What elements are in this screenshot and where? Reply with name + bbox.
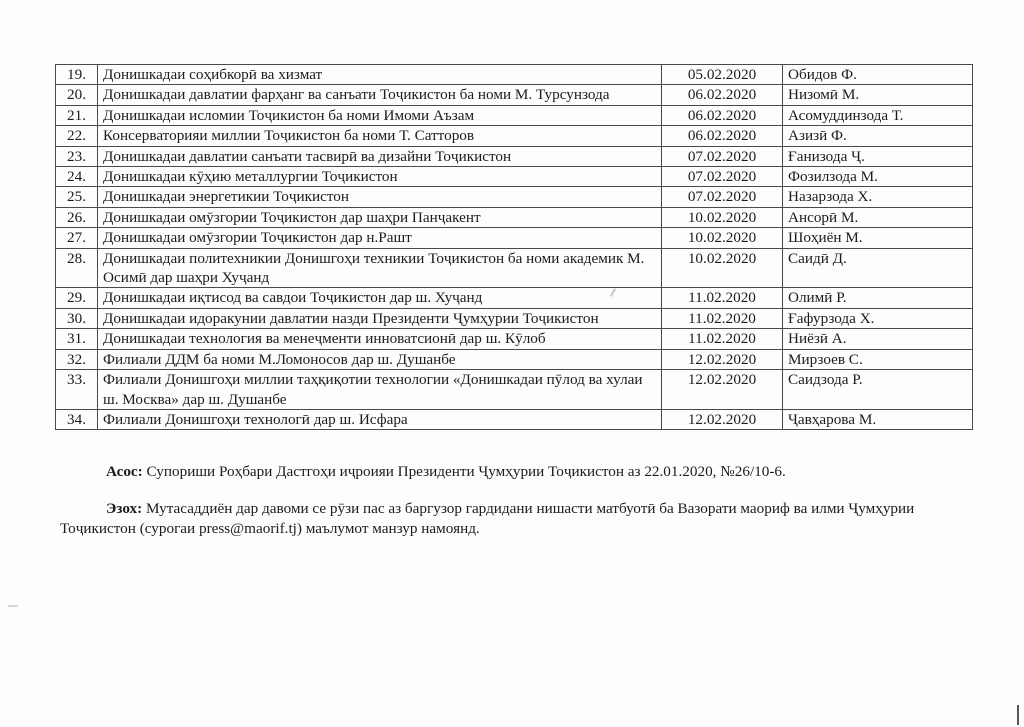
institution-name: Донишкадаи кӯҳию металлургии Тоҷикистон (98, 167, 662, 187)
institution-name: Филиали Донишгоҳи миллии таҳқиқотии техн… (98, 370, 662, 410)
row-number: 24. (56, 167, 98, 187)
responsible-person: Фозилзода М. (783, 167, 973, 187)
institution-name: Консерваторияи миллии Тоҷикистон ба номи… (98, 126, 662, 146)
row-number: 31. (56, 329, 98, 349)
remark-note: Эзох: Мутасаддиён дар давоми се рӯзи пас… (60, 499, 970, 539)
meeting-date: 07.02.2020 (662, 187, 783, 207)
institution-name: Донишкадаи политехникии Донишгоҳи техник… (98, 248, 662, 288)
basis-label: Асос: (106, 463, 143, 480)
institution-name: Филиали Донишгоҳи технологӣ дар ш. Исфар… (98, 409, 662, 429)
row-number: 28. (56, 248, 98, 288)
row-number: 33. (56, 370, 98, 410)
responsible-person: Ниёзӣ А. (783, 329, 973, 349)
row-number: 30. (56, 308, 98, 328)
institution-name: Донишкадаи иқтисод ва савдои Тоҷикистон … (98, 288, 662, 308)
meeting-date: 10.02.2020 (662, 248, 783, 288)
responsible-person: Ансорӣ М. (783, 207, 973, 227)
institution-name: Донишкадаи идоракунии давлатии назди Пре… (98, 308, 662, 328)
institution-name: Филиали ДДМ ба номи М.Ломоносов дар ш. Д… (98, 349, 662, 369)
schedule-table: 19.Донишкадаи соҳибкорӣ ва хизмат05.02.2… (55, 64, 973, 430)
meeting-date: 07.02.2020 (662, 146, 783, 166)
responsible-person: Саидзода Р. (783, 370, 973, 410)
basis-text: Супориши Роҳбари Дастгоҳи иҷроияи Презид… (143, 463, 786, 480)
table-row: 24.Донишкадаи кӯҳию металлургии Тоҷикист… (56, 167, 973, 187)
meeting-date: 06.02.2020 (662, 105, 783, 125)
meeting-date: 12.02.2020 (662, 370, 783, 410)
table-row: 29.Донишкадаи иқтисод ва савдои Тоҷикист… (56, 288, 973, 308)
table-row: 34.Филиали Донишгоҳи технологӣ дар ш. Ис… (56, 409, 973, 429)
responsible-person: Мирзоев С. (783, 349, 973, 369)
institution-name: Донишкадаи энергетикии Тоҷикистон (98, 187, 662, 207)
meeting-date: 05.02.2020 (662, 65, 783, 85)
row-number: 27. (56, 228, 98, 248)
table-row: 22.Консерваторияи миллии Тоҷикистон ба н… (56, 126, 973, 146)
responsible-person: Шоҳиён М. (783, 228, 973, 248)
table-row: 23.Донишкадаи давлатии санъати тасвирӣ в… (56, 146, 973, 166)
responsible-person: Асомуддинзода Т. (783, 105, 973, 125)
row-number: 21. (56, 105, 98, 125)
table-row: 21.Донишкадаи исломии Тоҷикистон ба номи… (56, 105, 973, 125)
responsible-person: Назарзода Х. (783, 187, 973, 207)
institution-name: Донишкадаи омӯзгории Тоҷикистон дар н.Ра… (98, 228, 662, 248)
row-number: 32. (56, 349, 98, 369)
institution-name: Донишкадаи омӯзгории Тоҷикистон дар шаҳр… (98, 207, 662, 227)
table-row: 28.Донишкадаи политехникии Донишгоҳи тех… (56, 248, 973, 288)
table-row: 26.Донишкадаи омӯзгории Тоҷикистон дар ш… (56, 207, 973, 227)
responsible-person: Азизӣ Ф. (783, 126, 973, 146)
meeting-date: 12.02.2020 (662, 409, 783, 429)
table-row: 19.Донишкадаи соҳибкорӣ ва хизмат05.02.2… (56, 65, 973, 85)
row-number: 34. (56, 409, 98, 429)
row-number: 26. (56, 207, 98, 227)
table-row: 27.Донишкадаи омӯзгории Тоҷикистон дар н… (56, 228, 973, 248)
row-number: 20. (56, 85, 98, 105)
institution-name: Донишкадаи давлатии санъати тасвирӣ ва д… (98, 146, 662, 166)
responsible-person: Саидӣ Д. (783, 248, 973, 288)
schedule-table-body: 19.Донишкадаи соҳибкорӣ ва хизмат05.02.2… (56, 65, 973, 430)
meeting-date: 11.02.2020 (662, 308, 783, 328)
row-number: 29. (56, 288, 98, 308)
meeting-date: 06.02.2020 (662, 85, 783, 105)
row-number: 19. (56, 65, 98, 85)
institution-name: Донишкадаи давлатии фарҳанг ва санъати Т… (98, 85, 662, 105)
meeting-date: 10.02.2020 (662, 228, 783, 248)
institution-name: Донишкадаи соҳибкорӣ ва хизмат (98, 65, 662, 85)
basis-note: Асос: Супориши Роҳбари Дастгоҳи иҷроияи … (60, 462, 970, 482)
responsible-person: Ҷавҳарова М. (783, 409, 973, 429)
meeting-date: 11.02.2020 (662, 288, 783, 308)
remark-text: Мутасаддиён дар давоми се рӯзи пас аз ба… (60, 500, 914, 537)
responsible-person: Низомӣ М. (783, 85, 973, 105)
row-number: 23. (56, 146, 98, 166)
remark-label: Эзох: (106, 500, 142, 517)
table-row: 20.Донишкадаи давлатии фарҳанг ва санъат… (56, 85, 973, 105)
table-row: 25.Донишкадаи энергетикии Тоҷикистон07.0… (56, 187, 973, 207)
meeting-date: 11.02.2020 (662, 329, 783, 349)
responsible-person: Обидов Ф. (783, 65, 973, 85)
table-row: 32.Филиали ДДМ ба номи М.Ломоносов дар ш… (56, 349, 973, 369)
meeting-date: 07.02.2020 (662, 167, 783, 187)
responsible-person: Ғафурзода Х. (783, 308, 973, 328)
scan-artifact-left (8, 605, 18, 607)
meeting-date: 10.02.2020 (662, 207, 783, 227)
institution-name: Донишкадаи исломии Тоҷикистон ба номи Им… (98, 105, 662, 125)
meeting-date: 12.02.2020 (662, 349, 783, 369)
institution-name: Донишкадаи технология ва менеҷменти инно… (98, 329, 662, 349)
table-row: 33.Филиали Донишгоҳи миллии таҳқиқотии т… (56, 370, 973, 410)
table-row: 30.Донишкадаи идоракунии давлатии назди … (56, 308, 973, 328)
responsible-person: Олимӣ Р. (783, 288, 973, 308)
row-number: 25. (56, 187, 98, 207)
responsible-person: Ғанизода Ҷ. (783, 146, 973, 166)
table-row: 31.Донишкадаи технология ва менеҷменти и… (56, 329, 973, 349)
meeting-date: 06.02.2020 (662, 126, 783, 146)
row-number: 22. (56, 126, 98, 146)
scan-artifact-right (1017, 705, 1019, 725)
scanned-page: 19.Донишкадаи соҳибкорӣ ва хизмат05.02.2… (0, 0, 1024, 727)
